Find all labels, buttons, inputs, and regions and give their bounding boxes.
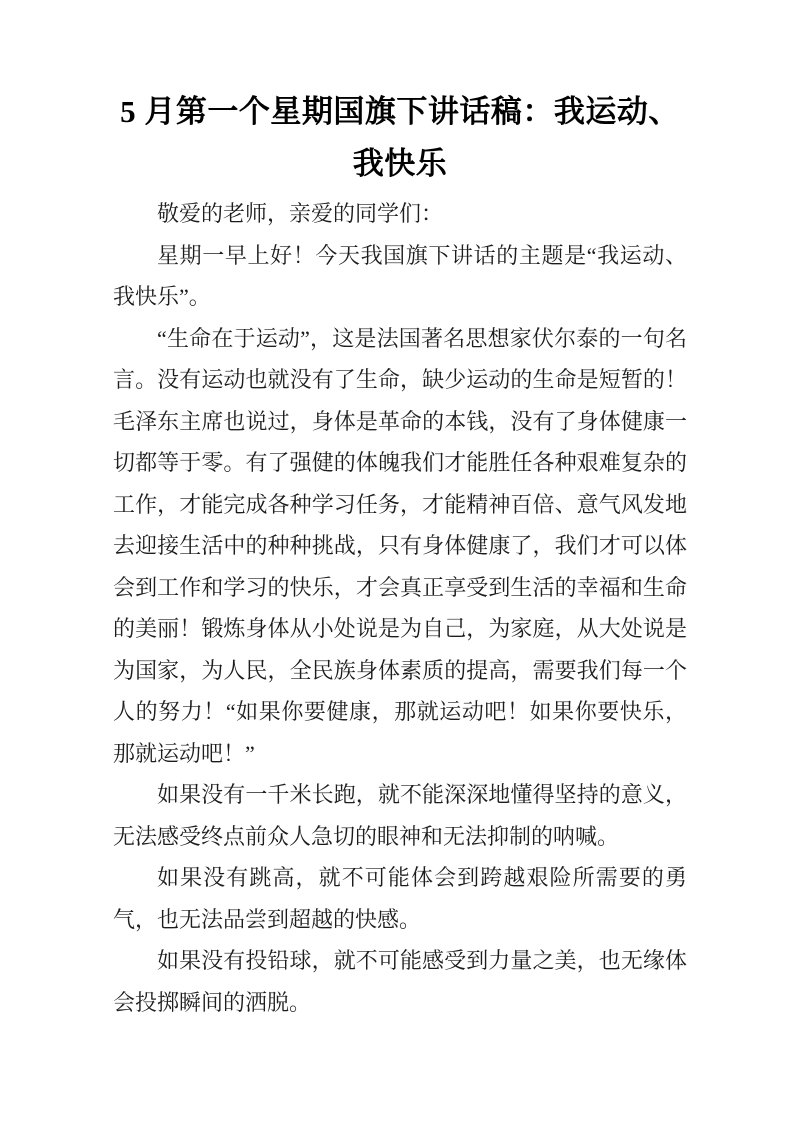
document-title: 5 月第一个星期国旗下讲话稿：我运动、我快乐: [113, 0, 687, 190]
paragraph-shotput: 如果没有投铅球，就不可能感受到力量之美，也无缘体会投掷瞬间的洒脱。: [113, 940, 687, 1023]
paragraph-highjump: 如果没有跳高，就不可能体会到跨越艰险所需要的勇气，也无法品尝到超越的快感。: [113, 857, 687, 940]
paragraph-main: “生命在于运动”，这是法国著名思想家伏尔泰的一句名言。没有运动也就没有了生命，缺…: [113, 318, 687, 775]
document-page: 5 月第一个星期国旗下讲话稿：我运动、我快乐 敬爱的老师，亲爱的同学们： 星期一…: [0, 0, 793, 1122]
paragraph-running: 如果没有一千米长跑，就不能深深地懂得坚持的意义，无法感受终点前众人急切的眼神和无…: [113, 774, 687, 857]
paragraph-greeting: 星期一早上好！今天我国旗下讲话的主题是“我运动、我快乐”。: [113, 235, 687, 318]
document-content: 5 月第一个星期国旗下讲话稿：我运动、我快乐 敬爱的老师，亲爱的同学们： 星期一…: [113, 0, 687, 1023]
paragraph-salutation: 敬爱的老师，亲爱的同学们：: [113, 193, 687, 235]
document-body: 敬爱的老师，亲爱的同学们： 星期一早上好！今天我国旗下讲话的主题是“我运动、我快…: [113, 193, 687, 1023]
